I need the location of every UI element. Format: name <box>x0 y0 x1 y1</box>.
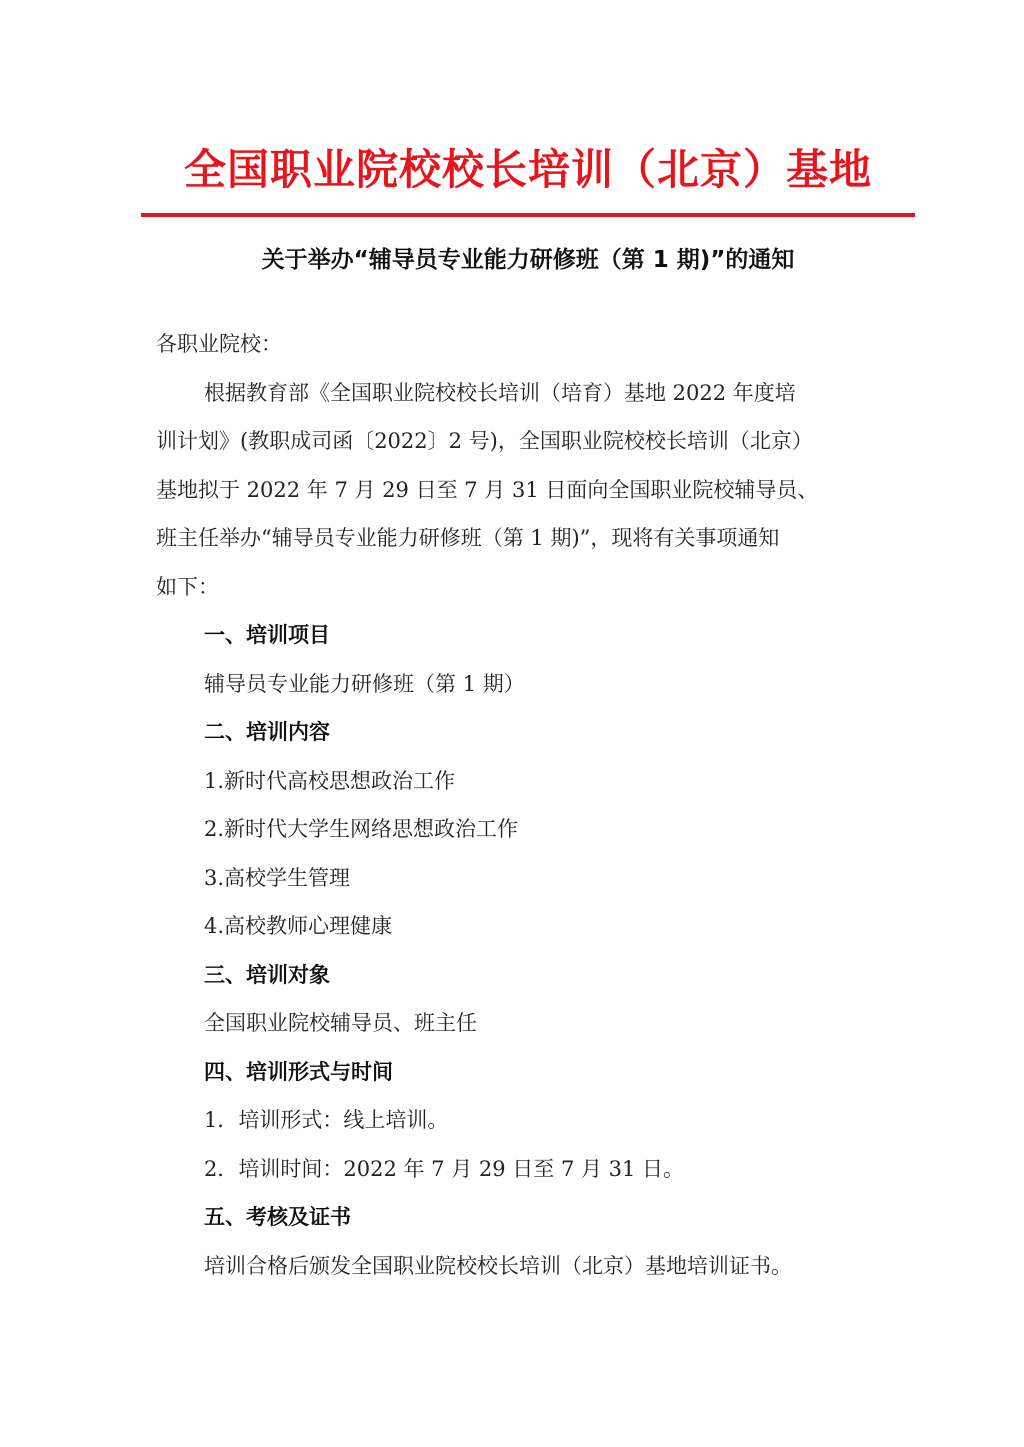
intro-line: 训计划》(教职成司函〔2022〕2 号)，全国职业院校校长培训（北京） <box>156 417 872 466</box>
section-item: 全国职业院校辅导员、班主任 <box>156 999 872 1048</box>
section-item: 2．培训时间：2022 年 7 月 29 日至 7 月 31 日。 <box>156 1145 872 1194</box>
section-item: 3.高校学生管理 <box>156 854 872 903</box>
section-heading-training-program: 一、培训项目 <box>156 611 872 660</box>
section-item: 1．培训形式：线上培训。 <box>156 1096 872 1145</box>
section-heading-training-audience: 三、培训对象 <box>156 951 872 1000</box>
intro-line: 班主任举办“辅导员专业能力研修班（第 1 期)”，现将有关事项通知 <box>156 514 872 563</box>
section-item: 2.新时代大学生网络思想政治工作 <box>156 805 872 854</box>
intro-line: 基地拟于 2022 年 7 月 29 日至 7 月 31 日面向全国职业院校辅导… <box>156 466 872 515</box>
section-item: 辅导员专业能力研修班（第 1 期） <box>156 660 872 709</box>
section-heading-assessment-certificate: 五、考核及证书 <box>156 1193 872 1242</box>
letterhead-red-divider <box>141 213 915 217</box>
section-item: 1.新时代高校思想政治工作 <box>156 757 872 806</box>
salutation: 各职业院校： <box>156 320 872 369</box>
section-item: 4.高校教师心理健康 <box>156 902 872 951</box>
intro-line: 根据教育部《全国职业院校校长培训（培育）基地 2022 年度培 <box>156 369 872 418</box>
letterhead-org-name: 全国职业院校校长培训（北京）基地 <box>140 138 916 202</box>
section-item: 培训合格后颁发全国职业院校校长培训（北京）基地培训证书。 <box>156 1242 872 1291</box>
intro-line: 如下： <box>156 563 872 612</box>
notice-body: 各职业院校： 根据教育部《全国职业院校校长培训（培育）基地 2022 年度培 训… <box>156 320 872 1290</box>
section-heading-training-content: 二、培训内容 <box>156 708 872 757</box>
notice-title: 关于举办“辅导员专业能力研修班（第 1 期)”的通知 <box>140 240 916 280</box>
section-heading-format-and-time: 四、培训形式与时间 <box>156 1048 872 1097</box>
